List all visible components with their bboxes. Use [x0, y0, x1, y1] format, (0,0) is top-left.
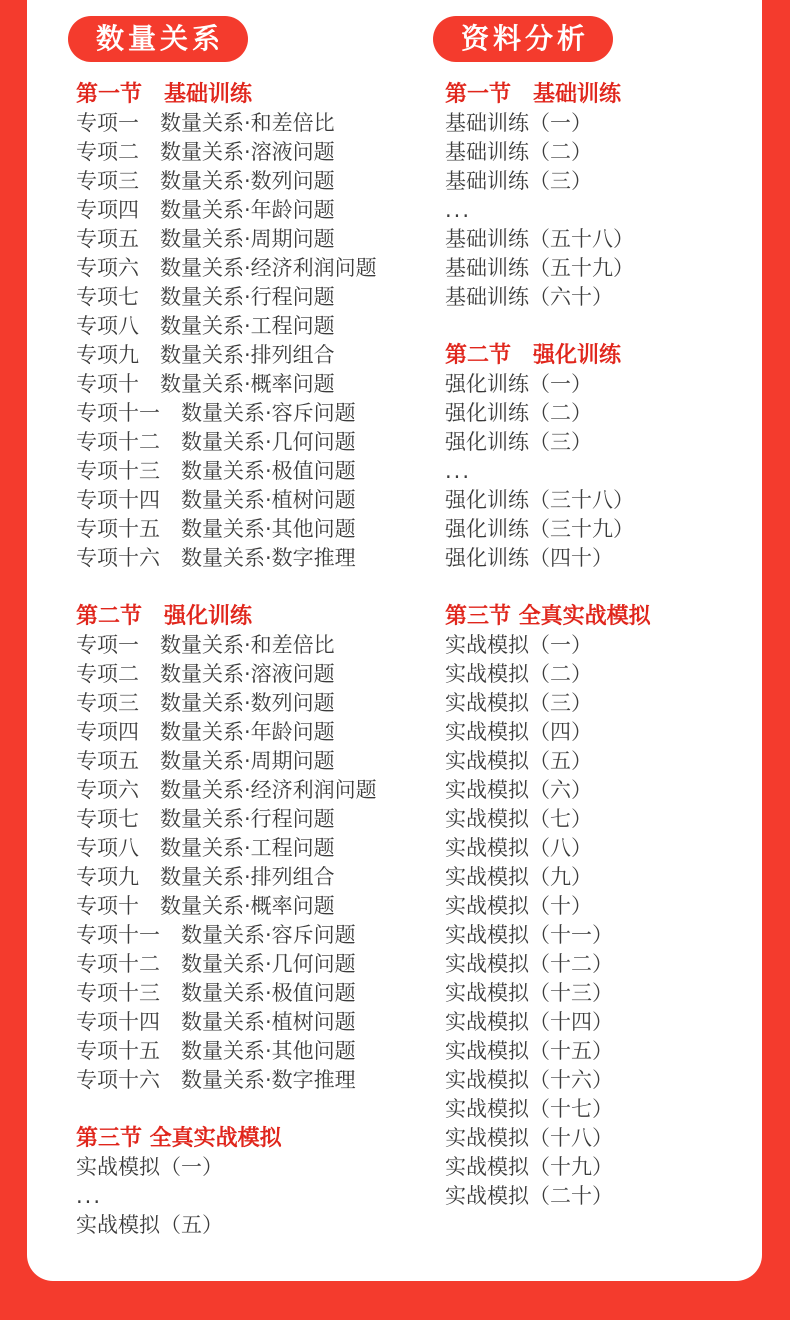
toc-item: 基础训练（六十） [445, 283, 651, 312]
toc-item: 实战模拟（八） [445, 834, 651, 863]
toc-item: 实战模拟（十四） [445, 1008, 651, 1037]
section-title: 第三节 全真实战模拟 [445, 602, 651, 631]
toc-item: 专项二 数量关系·溶液问题 [76, 138, 377, 167]
toc-item: 专项十一 数量关系·容斥问题 [76, 921, 377, 950]
toc-item: 实战模拟（一） [76, 1153, 377, 1182]
toc-item: 实战模拟（十五） [445, 1037, 651, 1066]
toc-item: 专项二 数量关系·溶液问题 [76, 660, 377, 689]
toc-section: 第二节 强化训练专项一 数量关系·和差倍比专项二 数量关系·溶液问题专项三 数量… [76, 602, 377, 1095]
toc-item: 强化训练（三） [445, 428, 651, 457]
toc-item: 专项四 数量关系·年龄问题 [76, 196, 377, 225]
toc-item: 专项十一 数量关系·容斥问题 [76, 399, 377, 428]
toc-item: 强化训练（一） [445, 370, 651, 399]
toc-item: 强化训练（三十九） [445, 515, 651, 544]
toc-item: 实战模拟（十二） [445, 950, 651, 979]
toc-section: 第三节 全真实战模拟实战模拟（一）实战模拟（二）实战模拟（三）实战模拟（四）实战… [445, 602, 651, 1211]
toc-item: 基础训练（五十九） [445, 254, 651, 283]
toc-item: 实战模拟（三） [445, 689, 651, 718]
toc-item: 实战模拟（二） [445, 660, 651, 689]
toc-item: 专项六 数量关系·经济利润问题 [76, 776, 377, 805]
toc-section: 第三节 全真实战模拟实战模拟（一）...实战模拟（五） [76, 1124, 377, 1240]
toc-item: 专项十三 数量关系·极值问题 [76, 457, 377, 486]
toc-item: 专项三 数量关系·数列问题 [76, 689, 377, 718]
toc-item: 强化训练（四十） [445, 544, 651, 573]
toc-item: 实战模拟（十八） [445, 1124, 651, 1153]
toc-item: 专项三 数量关系·数列问题 [76, 167, 377, 196]
toc-item: 实战模拟（十一） [445, 921, 651, 950]
section-title: 第二节 强化训练 [445, 341, 651, 370]
toc-section: 第二节 强化训练强化训练（一）强化训练（二）强化训练（三）...强化训练（三十八… [445, 341, 651, 573]
toc-item: 专项七 数量关系·行程问题 [76, 283, 377, 312]
toc-item: 专项十四 数量关系·植树问题 [76, 486, 377, 515]
toc-item: 实战模拟（四） [445, 718, 651, 747]
toc-item: 专项一 数量关系·和差倍比 [76, 631, 377, 660]
toc-item: 专项八 数量关系·工程问题 [76, 834, 377, 863]
toc-item: 专项四 数量关系·年龄问题 [76, 718, 377, 747]
section-title: 第二节 强化训练 [76, 602, 377, 631]
toc-item: 实战模拟（十） [445, 892, 651, 921]
ellipsis-item: ... [445, 196, 651, 225]
toc-item: 实战模拟（二十） [445, 1182, 651, 1211]
section-title: 第一节 基础训练 [445, 80, 651, 109]
toc-item: 专项十二 数量关系·几何问题 [76, 950, 377, 979]
toc-item: 专项十三 数量关系·极值问题 [76, 979, 377, 1008]
toc-item: 专项十 数量关系·概率问题 [76, 892, 377, 921]
toc-section: 第一节 基础训练基础训练（一）基础训练（二）基础训练（三）...基础训练（五十八… [445, 80, 651, 312]
toc-item: 专项八 数量关系·工程问题 [76, 312, 377, 341]
toc-item: 基础训练（一） [445, 109, 651, 138]
toc-item: 专项六 数量关系·经济利润问题 [76, 254, 377, 283]
toc-item: 强化训练（二） [445, 399, 651, 428]
category-badge: 数量关系 [68, 16, 248, 62]
toc-item: 专项十六 数量关系·数字推理 [76, 1066, 377, 1095]
toc-item: 专项十六 数量关系·数字推理 [76, 544, 377, 573]
column-data-analysis: 资料分析第一节 基础训练基础训练（一）基础训练（二）基础训练（三）...基础训练… [433, 0, 651, 1211]
toc-item: 专项十五 数量关系·其他问题 [76, 515, 377, 544]
toc-item: 实战模拟（六） [445, 776, 651, 805]
ellipsis-item: ... [445, 457, 651, 486]
category-badge: 资料分析 [433, 16, 613, 62]
section-list: 第一节 基础训练基础训练（一）基础训练（二）基础训练（三）...基础训练（五十八… [445, 80, 651, 1211]
toc-section: 第一节 基础训练专项一 数量关系·和差倍比专项二 数量关系·溶液问题专项三 数量… [76, 80, 377, 573]
toc-item: 专项七 数量关系·行程问题 [76, 805, 377, 834]
toc-item: 强化训练（三十八） [445, 486, 651, 515]
toc-item: 实战模拟（十三） [445, 979, 651, 1008]
column-quantitative-relations: 数量关系第一节 基础训练专项一 数量关系·和差倍比专项二 数量关系·溶液问题专项… [68, 0, 377, 1240]
toc-item: 实战模拟（一） [445, 631, 651, 660]
toc-item: 基础训练（五十八） [445, 225, 651, 254]
toc-item: 专项十五 数量关系·其他问题 [76, 1037, 377, 1066]
toc-item: 专项十 数量关系·概率问题 [76, 370, 377, 399]
toc-item: 专项五 数量关系·周期问题 [76, 747, 377, 776]
toc-item: 专项十四 数量关系·植树问题 [76, 1008, 377, 1037]
toc-item: 基础训练（三） [445, 167, 651, 196]
toc-item: 实战模拟（十六） [445, 1066, 651, 1095]
section-list: 第一节 基础训练专项一 数量关系·和差倍比专项二 数量关系·溶液问题专项三 数量… [76, 80, 377, 1240]
toc-item: 实战模拟（十九） [445, 1153, 651, 1182]
toc-item: 实战模拟（五） [76, 1211, 377, 1240]
toc-item: 专项九 数量关系·排列组合 [76, 341, 377, 370]
section-title: 第三节 全真实战模拟 [76, 1124, 377, 1153]
toc-item: 实战模拟（十七） [445, 1095, 651, 1124]
toc-item: 专项十二 数量关系·几何问题 [76, 428, 377, 457]
section-title: 第一节 基础训练 [76, 80, 377, 109]
toc-item: 实战模拟（九） [445, 863, 651, 892]
toc-item: 专项九 数量关系·排列组合 [76, 863, 377, 892]
ellipsis-item: ... [76, 1182, 377, 1211]
toc-item: 实战模拟（七） [445, 805, 651, 834]
toc-item: 专项五 数量关系·周期问题 [76, 225, 377, 254]
content-panel: 数量关系第一节 基础训练专项一 数量关系·和差倍比专项二 数量关系·溶液问题专项… [27, 0, 762, 1281]
toc-item: 专项一 数量关系·和差倍比 [76, 109, 377, 138]
toc-item: 基础训练（二） [445, 138, 651, 167]
toc-item: 实战模拟（五） [445, 747, 651, 776]
